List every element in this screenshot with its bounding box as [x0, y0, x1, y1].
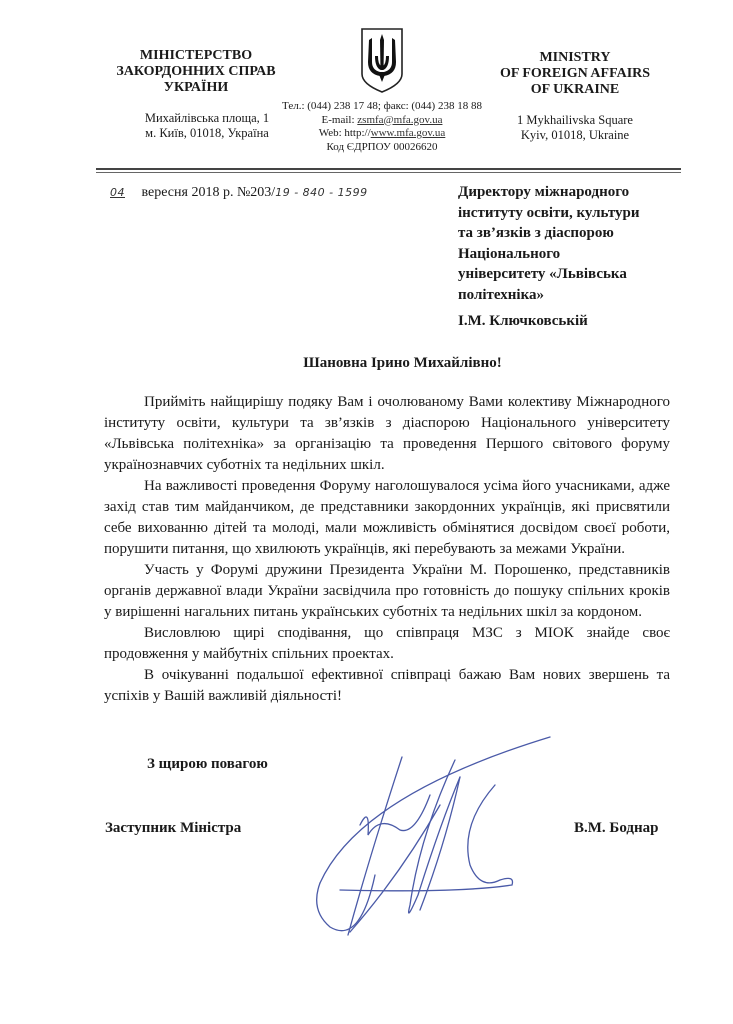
address-line: Kyiv, 01018, Ukraine	[485, 128, 665, 143]
body-paragraph: В очікуванні подальшої ефективної співпр…	[104, 665, 670, 707]
letterhead-separator	[96, 168, 681, 173]
phone-fax: Тел.: (044) 238 17 48; факс: (044) 238 1…	[262, 100, 502, 114]
edrpou-code: Код ЄДРПОУ 00026620	[262, 141, 502, 155]
address-line: 1 Mykhailivska Square	[485, 113, 665, 128]
body-paragraph: На важливості проведення Форуму наголошу…	[104, 476, 670, 560]
org-line: УКРАЇНИ	[96, 80, 296, 96]
addressee-line: Національного	[458, 244, 688, 265]
addressee-line: Директору міжнародного	[458, 182, 688, 203]
org-line: MINISTRY	[485, 50, 665, 66]
email-label: E-mail:	[322, 114, 358, 126]
body-paragraph: Прийміть найщирішу подяку Вам і очолюван…	[104, 392, 670, 476]
addressee-line: інституту освіти, культури	[458, 203, 688, 224]
address-en: 1 Mykhailivska Square Kyiv, 01018, Ukrai…	[485, 113, 665, 143]
addressee-line: та зв’язків з діаспорою	[458, 223, 688, 244]
letter-body: Прийміть найщирішу подяку Вам і очолюван…	[104, 392, 670, 707]
closing-phrase: З щирою повагою	[147, 756, 268, 773]
signatory-title: Заступник Міністра	[105, 820, 241, 837]
signatory-name: В.М. Боднар	[574, 820, 658, 837]
email-line: E-mail: zsmfa@mfa.gov.ua	[262, 114, 502, 128]
reference-line: 04 вересня 2018 р. №203/19 - 840 - 1599	[110, 185, 368, 201]
handwritten-signature	[300, 735, 560, 965]
ministry-name-ua: МІНІСТЕРСТВО ЗАКОРДОННИХ СПРАВ УКРАЇНИ	[96, 48, 296, 96]
org-line: OF UKRAINE	[485, 82, 665, 98]
addressee-line: політехніка»	[458, 285, 688, 306]
web-line: Web: http://www.mfa.gov.ua	[262, 127, 502, 141]
letterhead-english: MINISTRY OF FOREIGN AFFAIRS OF UKRAINE 1…	[485, 50, 665, 143]
addressee-name: І.М. Ключковській	[458, 313, 588, 330]
org-line: OF FOREIGN AFFAIRS	[485, 66, 665, 82]
handwritten-number: 19 - 840 - 1599	[275, 186, 367, 199]
web-label: Web: http://	[319, 127, 371, 139]
addressee-block: Директору міжнародного інституту освіти,…	[458, 182, 688, 305]
trident-coat-of-arms-icon	[358, 26, 406, 94]
web-link[interactable]: www.mfa.gov.ua	[371, 127, 446, 139]
contact-block: Тел.: (044) 238 17 48; факс: (044) 238 1…	[262, 100, 502, 154]
salutation: Шановна Ірино Михайлівно!	[100, 355, 680, 372]
email-link[interactable]: zsmfa@mfa.gov.ua	[357, 114, 442, 126]
handwritten-day: 04	[110, 186, 138, 199]
body-paragraph: Висловлюю щирі сподівання, що співпраця …	[104, 623, 670, 665]
addressee-line: університету «Львівська	[458, 264, 688, 285]
date-text: вересня 2018 р. №203/	[138, 185, 275, 200]
org-line: ЗАКОРДОННИХ СПРАВ	[96, 64, 296, 80]
body-paragraph: Участь у Форумі дружини Президента Украї…	[104, 560, 670, 623]
org-line: МІНІСТЕРСТВО	[96, 48, 296, 64]
ministry-name-en: MINISTRY OF FOREIGN AFFAIRS OF UKRAINE	[485, 50, 665, 98]
